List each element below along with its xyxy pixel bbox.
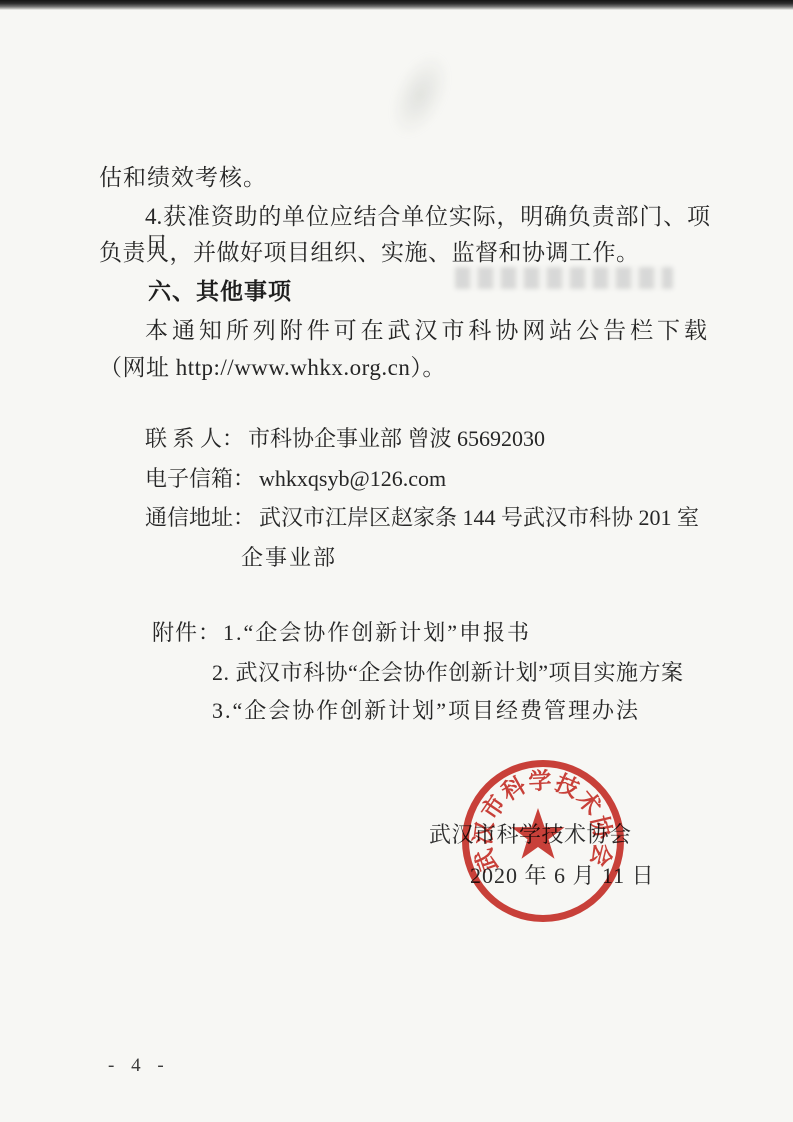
body-paragraph2-line2: （网址 http://www.whkx.org.cn）。 [99, 354, 446, 383]
attachments-label: 附件： [152, 620, 221, 645]
paper-smudge-artifact [378, 44, 461, 147]
contact-address-line2: 企事业部 [241, 544, 337, 572]
contact-person-value: 市科协企事业部 曾波 65692030 [248, 426, 545, 451]
stamp-star-icon [511, 808, 564, 859]
scan-edge-artifact [0, 0, 793, 10]
contact-email-line: 电子信箱：whkxqsyb@126.com [145, 465, 446, 493]
official-seal-stamp: 武汉市科学技术协会 [457, 755, 629, 927]
attachment-item-2: 2. 武汉市科协“企会协作创新计划”项目实施方案 [212, 659, 684, 687]
attachments-line1: 附件：1.“企会协作创新计划”申报书 [152, 619, 531, 647]
body-paragraph2-line1: 本通知所列附件可在武汉市科协网站公告栏下载 [145, 317, 707, 346]
contact-email-label: 电子信箱： [145, 466, 255, 491]
contact-address-line: 通信地址：武汉市江岸区赵家条 144 号武汉市科协 201 室 [145, 504, 699, 532]
scanned-document-page: 估和绩效考核。 4.获准资助的单位应结合单位实际，明确负责部门、项目 负责人，并… [0, 0, 793, 1122]
page-number: - 4 - [108, 1055, 170, 1077]
bleed-through-artifact [455, 267, 673, 289]
section-heading: 六、其他事项 [148, 277, 292, 306]
body-paragraph1-line3: 负责人，并做好项目组织、实施、监督和协调工作。 [99, 239, 640, 268]
attachment-item-3: 3.“企会协作创新计划”项目经费管理办法 [212, 697, 640, 725]
contact-person-label: 联 系 人： [145, 426, 244, 451]
contact-email-value: whkxqsyb@126.com [259, 466, 446, 491]
contact-address-label: 通信地址： [145, 505, 255, 530]
contact-address-value: 武汉市江岸区赵家条 144 号武汉市科协 201 室 [259, 505, 699, 530]
contact-person-line: 联 系 人：市科协企事业部 曾波 65692030 [145, 425, 545, 453]
body-paragraph1-line1: 估和绩效考核。 [99, 164, 267, 193]
attachment-item-1: 1.“企会协作创新计划”申报书 [223, 620, 531, 645]
